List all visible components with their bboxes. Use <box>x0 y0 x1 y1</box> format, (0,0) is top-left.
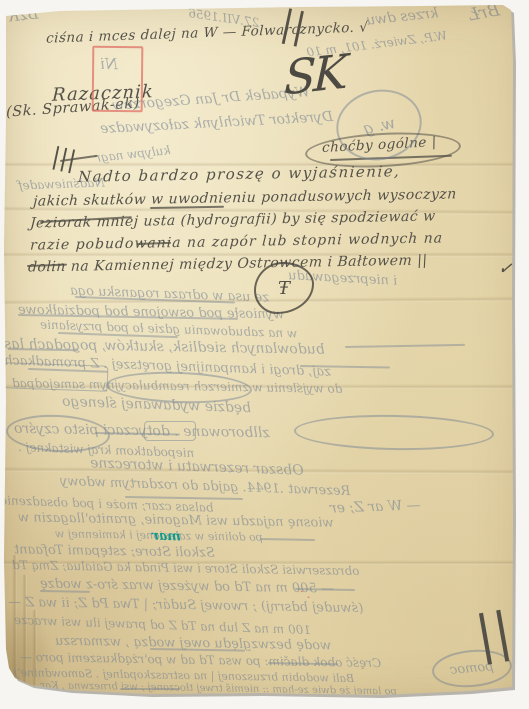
paper-sheet: ciśna i mces dalej na W — Folwarcznycko.… <box>0 0 529 709</box>
scanned-document: ciśna i mces dalej na W — Folwarcznycko.… <box>0 0 529 709</box>
paper-vignette <box>0 0 529 709</box>
